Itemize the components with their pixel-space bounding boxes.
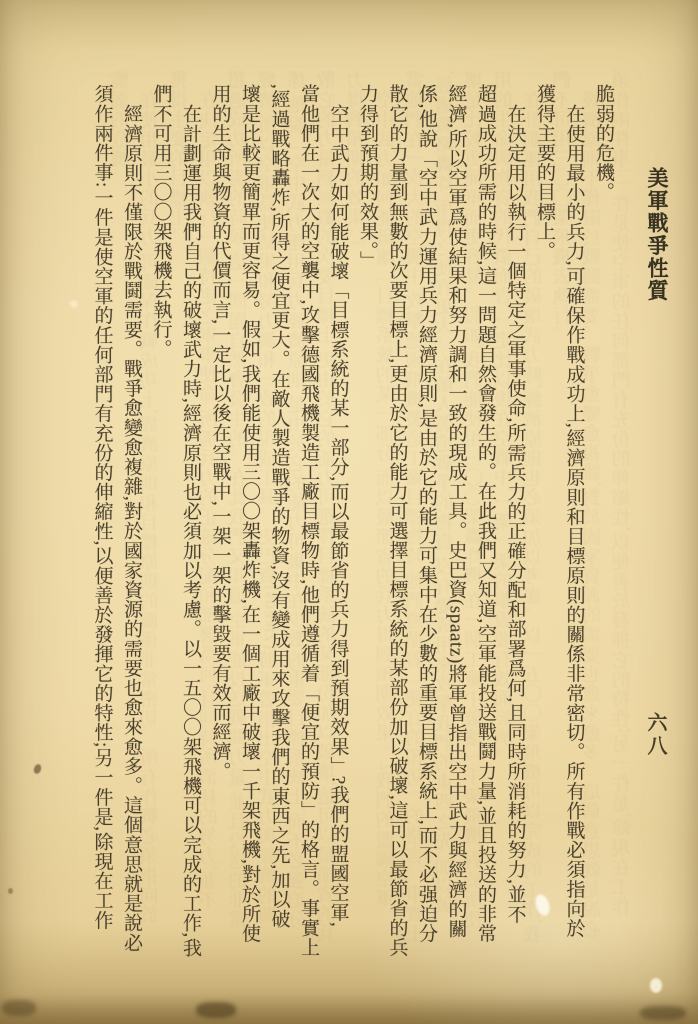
text-column: ,經過戰略轟炸,所得之便宜更大。在敵人製造戰爭的物資,沒有變成用來攻擊我們的東西… bbox=[264, 84, 294, 990]
paper-edge-blot bbox=[2, 1000, 36, 1016]
scanned-page: 脆弱的危機。在使用最小的兵力,可確保作戰成功上,經濟原則和目標原則的關係非常密切… bbox=[0, 0, 698, 1024]
margin-title: 美軍戰爭性質 bbox=[642, 167, 672, 302]
paper-bright-spot bbox=[650, 978, 662, 993]
text-column: 經濟,所以空軍爲使結果和努力調和一致的現成工具。史巴資(spaatz)將軍曾指出… bbox=[441, 84, 471, 990]
text-column: 脆弱的危機。 bbox=[589, 84, 619, 990]
text-column: 力得到預期的效果。」 bbox=[353, 84, 383, 990]
text-column: 超過成功所需的時候,這一問題自然會發生的。在此我們又知道,空軍能投送戰鬪力量,並… bbox=[471, 84, 501, 990]
text-column: 須作兩件事:一件是使空軍的任何部門有充份的伸縮性,以便善於發揮它的特性;另一件是… bbox=[87, 84, 117, 990]
text-column: 散它的力量到無數的次要目標上,更由於它的能力可選擇目標系統的某部份加以破壞,這可… bbox=[382, 84, 412, 990]
text-column: 壞是比較更簡單而更容易。假如,我們能使用三〇〇架轟炸機,在一個工廠中破壞一千架飛… bbox=[235, 84, 265, 990]
paper-edge-blot bbox=[196, 1002, 236, 1018]
paper-speck bbox=[33, 763, 43, 775]
text-column: 用的生命與物資的代價而言,一定比以後在空戰中,一架一架的擊毀要有效而經濟。 bbox=[205, 84, 235, 990]
paper-speck bbox=[8, 888, 13, 894]
text-column: 們不可用三〇〇架飛機去執行。 bbox=[146, 84, 176, 990]
text-column: 獲得主要的目標上。 bbox=[530, 84, 560, 990]
text-column: 在使用最小的兵力,可確保作戰成功上,經濟原則和目標原則的關係非常密切。所有作戰必… bbox=[559, 84, 589, 990]
text-column: 經濟原則不僅限於戰鬪需要。戰爭愈變愈複雜,對於國家資源的需要也愈來愈多。這個意思… bbox=[117, 84, 147, 990]
text-column: 當他們在一次大的空襲中,攻擊德國飛機製造工廠目標物時,他們遵循着「便宜的預防」的… bbox=[294, 84, 324, 990]
text-column: 在決定用以執行一個特定之軍事使命,所需兵力的正確分配和部署爲何,且同時所消耗的努… bbox=[500, 84, 530, 990]
paper-bright-spot bbox=[70, 300, 78, 308]
text-column: 在計劃運用我們自己的破壞武力時,經濟原則也必須加以考慮。以一五〇〇架飛機可以完成… bbox=[176, 84, 206, 990]
text-column: 係,他說「空中武力運用兵力經濟原則,是由於它的能力可集中在少數的重要目標系統上,… bbox=[412, 84, 442, 990]
text-column: 空中武力如何能破壞「目標系統的某一部分,而以最節省的兵力得到預期效果」?我們的盟… bbox=[323, 84, 353, 990]
page-number: 六八 bbox=[641, 712, 670, 758]
paper-edge-blot bbox=[640, 1006, 686, 1020]
body-text: 脆弱的危機。在使用最小的兵力,可確保作戰成功上,經濟原則和目標原則的關係非常密切… bbox=[87, 84, 618, 990]
